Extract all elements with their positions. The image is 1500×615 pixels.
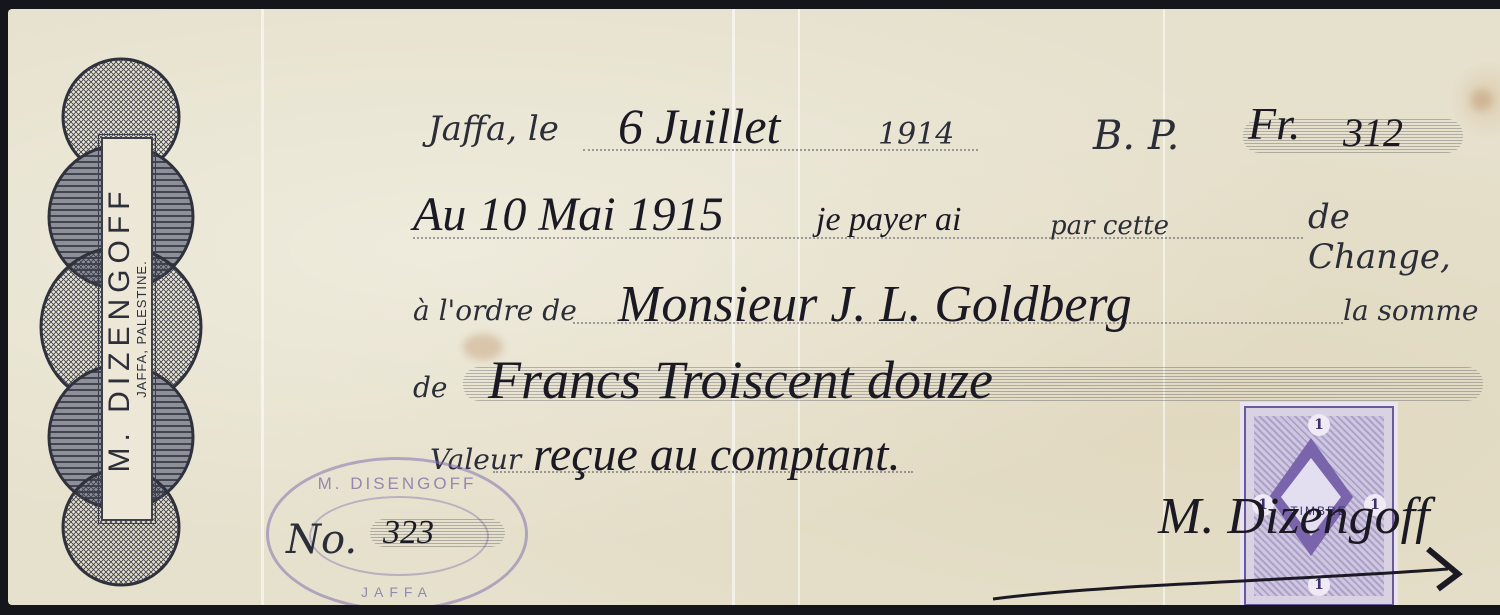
line2-rule xyxy=(573,322,1343,324)
amount-words-handwritten: Francs Troiscent douze xyxy=(488,349,993,411)
letterhead-location: JAFFA, PALESTINE. xyxy=(135,186,149,473)
due-date-handwritten: Au 10 Mai 1915 xyxy=(413,187,724,242)
place-label: Jaffa, le xyxy=(428,109,559,149)
printed-de: de xyxy=(413,371,448,404)
payer-verb-handwritten: je payer ai xyxy=(816,201,961,239)
date-rule xyxy=(583,149,978,151)
line4-rule xyxy=(493,471,913,473)
printed-la-somme: la somme xyxy=(1343,294,1478,327)
year: 1914 xyxy=(878,117,954,152)
ink-stain xyxy=(1470,89,1492,111)
number-label: No. xyxy=(286,517,357,563)
stamp-company-name: M. DISENGOFF xyxy=(269,474,525,494)
line1-rule xyxy=(413,237,1303,239)
denomination-top: 1 xyxy=(1308,414,1330,436)
letterhead-name: M. DIZENGOFF xyxy=(105,186,135,473)
bp-label: B. P. xyxy=(1093,113,1179,159)
printed-ordre-de: à l'ordre de xyxy=(413,294,577,327)
paper-crease xyxy=(261,9,264,605)
letterhead-cartouche: M. DIZENGOFF JAFFA, PALESTINE. xyxy=(101,137,153,521)
bill-of-exchange: M. DIZENGOFF JAFFA, PALESTINE. Jaffa, le… xyxy=(8,9,1500,605)
stamp-city: JAFFA xyxy=(269,584,525,600)
amount-value: 312 xyxy=(1343,109,1403,156)
scan-border xyxy=(0,0,1500,9)
amount-prefix: Fr. xyxy=(1248,97,1300,150)
signature-flourish-icon xyxy=(988,529,1500,605)
letterhead-ornament: M. DIZENGOFF JAFFA, PALESTINE. xyxy=(26,57,216,587)
payee-handwritten: Monsieur J. L. Goldberg xyxy=(618,275,1132,334)
number-value: 323 xyxy=(383,514,434,552)
value-handwritten: reçue au comptant. xyxy=(533,427,900,482)
date-handwritten: 6 Juillet xyxy=(618,97,780,155)
printed-de-change: de Change, xyxy=(1308,197,1500,277)
